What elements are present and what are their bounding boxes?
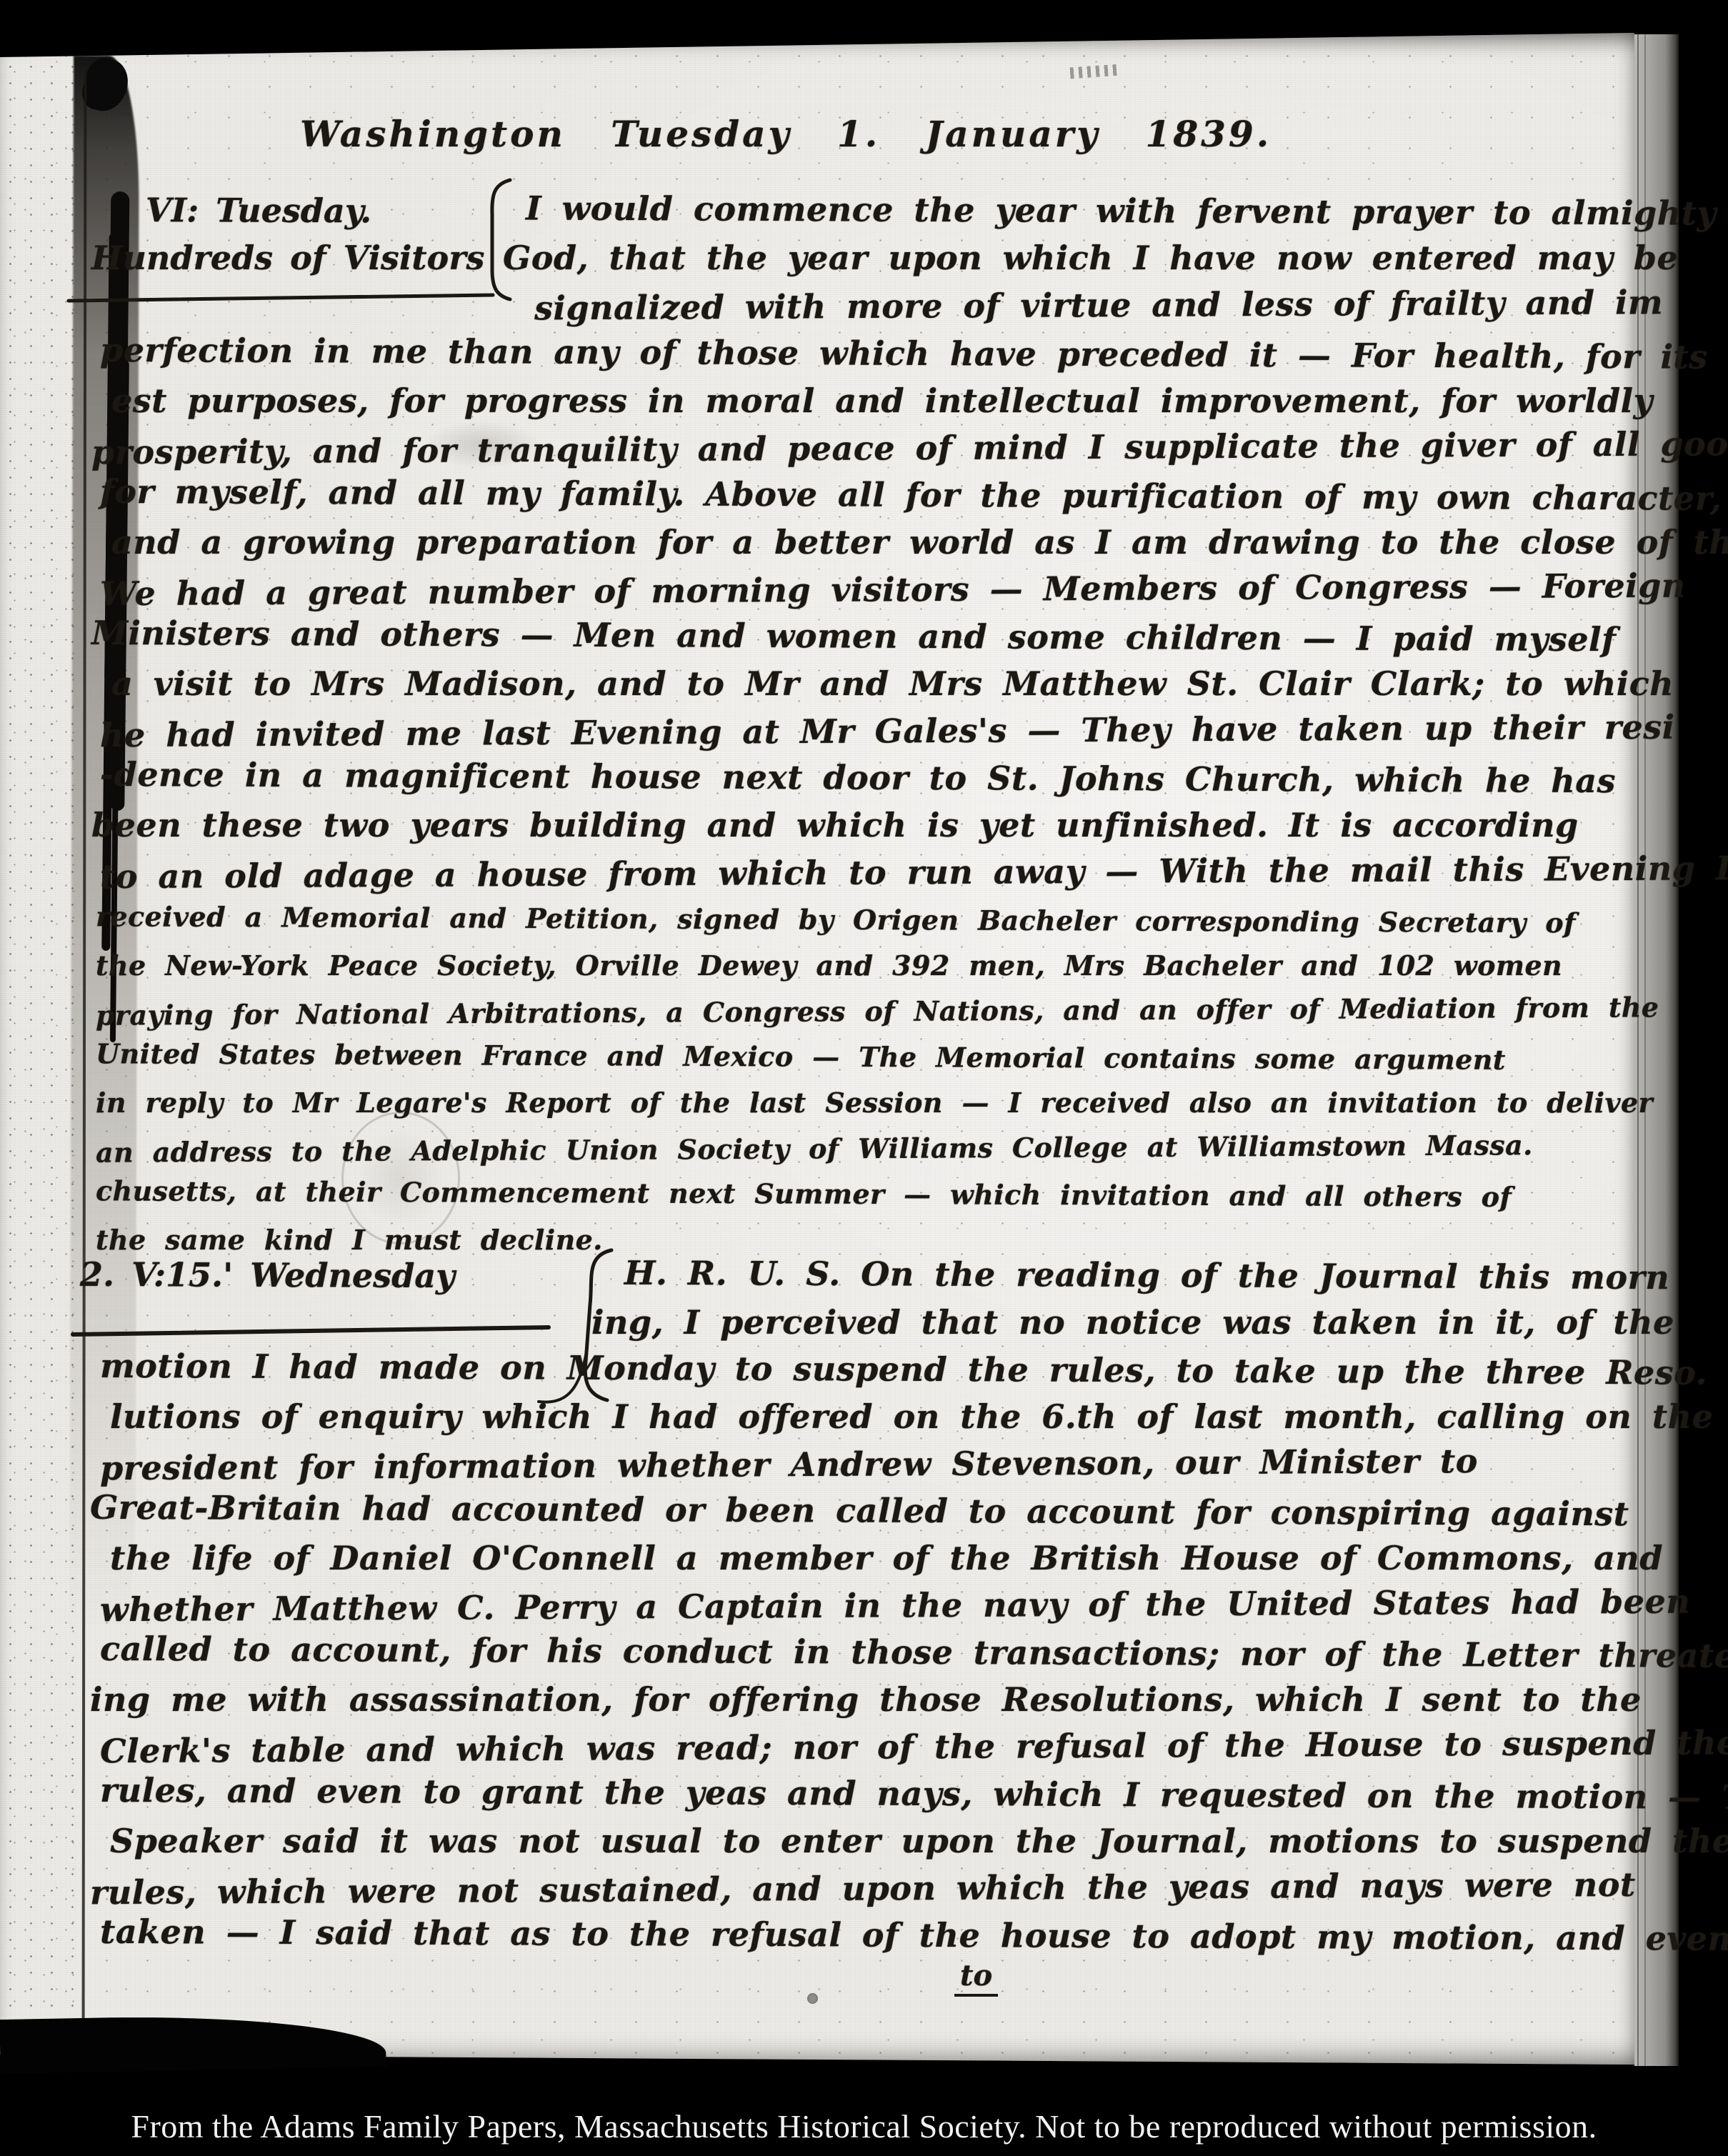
manuscript-line: whether Matthew C. Perry a Captain in th… xyxy=(100,1577,1728,1633)
manuscript-line: received a Memorial and Petition, signed… xyxy=(96,894,1659,947)
entry-dateline: Washington Tuesday 1. January 1839. xyxy=(300,113,1272,155)
manuscript-line: rules, which were not sustained, and upo… xyxy=(90,1860,1728,1916)
manuscript-line: and a growing preparation for a better w… xyxy=(111,519,1728,566)
manuscript-line: Ministers and others — Men and women and… xyxy=(91,609,1728,664)
manuscript-line: H. R. U. S. On the reading of the Journa… xyxy=(624,1249,1674,1301)
entry-2-opening-lines: H. R. U. S. On the reading of the Journa… xyxy=(591,1252,1674,1346)
entry-1-opening-lines: I would commence the year with fervent p… xyxy=(500,187,1717,329)
scanned-diary-page: Washington Tuesday 1. January 1839. VI: … xyxy=(0,0,1728,2156)
manuscript-line: taken — I said that as to the refusal of… xyxy=(100,1908,1728,1962)
manuscript-line: signalized with more of virtue and less … xyxy=(534,279,1717,332)
manuscript-line: for myself, and all my family. Above all… xyxy=(100,468,1728,522)
manuscript-line: perfection in me than any of those which… xyxy=(100,326,1728,381)
manuscript-line: We had a great number of morning visitor… xyxy=(100,562,1728,617)
manuscript-line: United States between France and Mexico … xyxy=(96,1031,1659,1084)
manuscript-line: prosperity, and for tranquility and peac… xyxy=(91,420,1728,476)
manuscript-line: motion I had made on Monday to suspend t… xyxy=(100,1342,1728,1397)
manuscript-line: praying for National Arbitrations, a Con… xyxy=(96,984,1659,1038)
manuscript-line: ing, I perceived that no notice was take… xyxy=(591,1299,1674,1346)
manuscript-line: to an old adage a house from which to ru… xyxy=(100,844,1728,900)
manuscript-line: ing me with assassination, for offering … xyxy=(90,1676,1728,1723)
manuscript-line: in reply to Mr Legare's Report of the la… xyxy=(96,1080,1659,1126)
entry-1-body-dense: received a Memorial and Petition, signed… xyxy=(96,897,1659,1263)
manuscript-line: president for information whether Andrew… xyxy=(100,1436,1728,1492)
entry-1-body: perfection in me than any of those which… xyxy=(100,330,1728,896)
margin-note-line: 2. V:15.' Wednesday xyxy=(80,1251,455,1299)
manuscript-line: Great-Britain had accounted or been call… xyxy=(90,1484,1728,1538)
entry-2-margin-note: 2. V:15.' Wednesday xyxy=(80,1252,455,1299)
manuscript-line: I would commence the year with fervent p… xyxy=(526,184,1717,236)
entry-2-body: motion I had made on Monday to suspend t… xyxy=(100,1346,1728,1959)
scan-artifact-dot xyxy=(807,1993,818,2004)
manuscript-line: rules, and even to grant the yeas and na… xyxy=(100,1767,1728,1821)
manuscript-line: he had invited me last Evening at Mr Gal… xyxy=(100,703,1728,759)
margin-note-line: Hundreds of Visitors xyxy=(91,234,484,281)
manuscript-line: Speaker said it was not usual to enter u… xyxy=(110,1817,1728,1865)
manuscript-line: a visit to Mrs Madison, and to Mr and Mr… xyxy=(111,660,1728,707)
manuscript-line: lutions of enquiry which I had offered o… xyxy=(110,1393,1728,1440)
manuscript-line: an address to the Adelphic Union Society… xyxy=(96,1122,1659,1175)
archive-copyright-caption: From the Adams Family Papers, Massachuse… xyxy=(0,2107,1728,2145)
margin-note-line: VI: Tuesday. xyxy=(146,186,485,235)
catchword: to xyxy=(954,1959,998,1997)
manuscript-line: God, that the year upon which I have now… xyxy=(503,234,1717,281)
manuscript-line: chusetts, at their Commencement next Sum… xyxy=(96,1168,1659,1221)
entry-1-margin-note: VI: Tuesday.Hundreds of Visitors xyxy=(91,187,484,281)
manuscript-line: Clerk's table and which was read; nor of… xyxy=(100,1719,1728,1775)
manuscript-line: the New-York Peace Society, Orville Dewe… xyxy=(96,943,1659,989)
manuscript-line: est purposes, for progress in moral and … xyxy=(111,377,1728,424)
manuscript-line: been these two years building and which … xyxy=(91,802,1728,849)
manuscript-line: -dence in a magnificent house next door … xyxy=(100,751,1728,805)
manuscript-line: the life of Daniel O'Connell a member of… xyxy=(110,1534,1728,1582)
manuscript-line: called to account, for his conduct in th… xyxy=(100,1625,1728,1680)
